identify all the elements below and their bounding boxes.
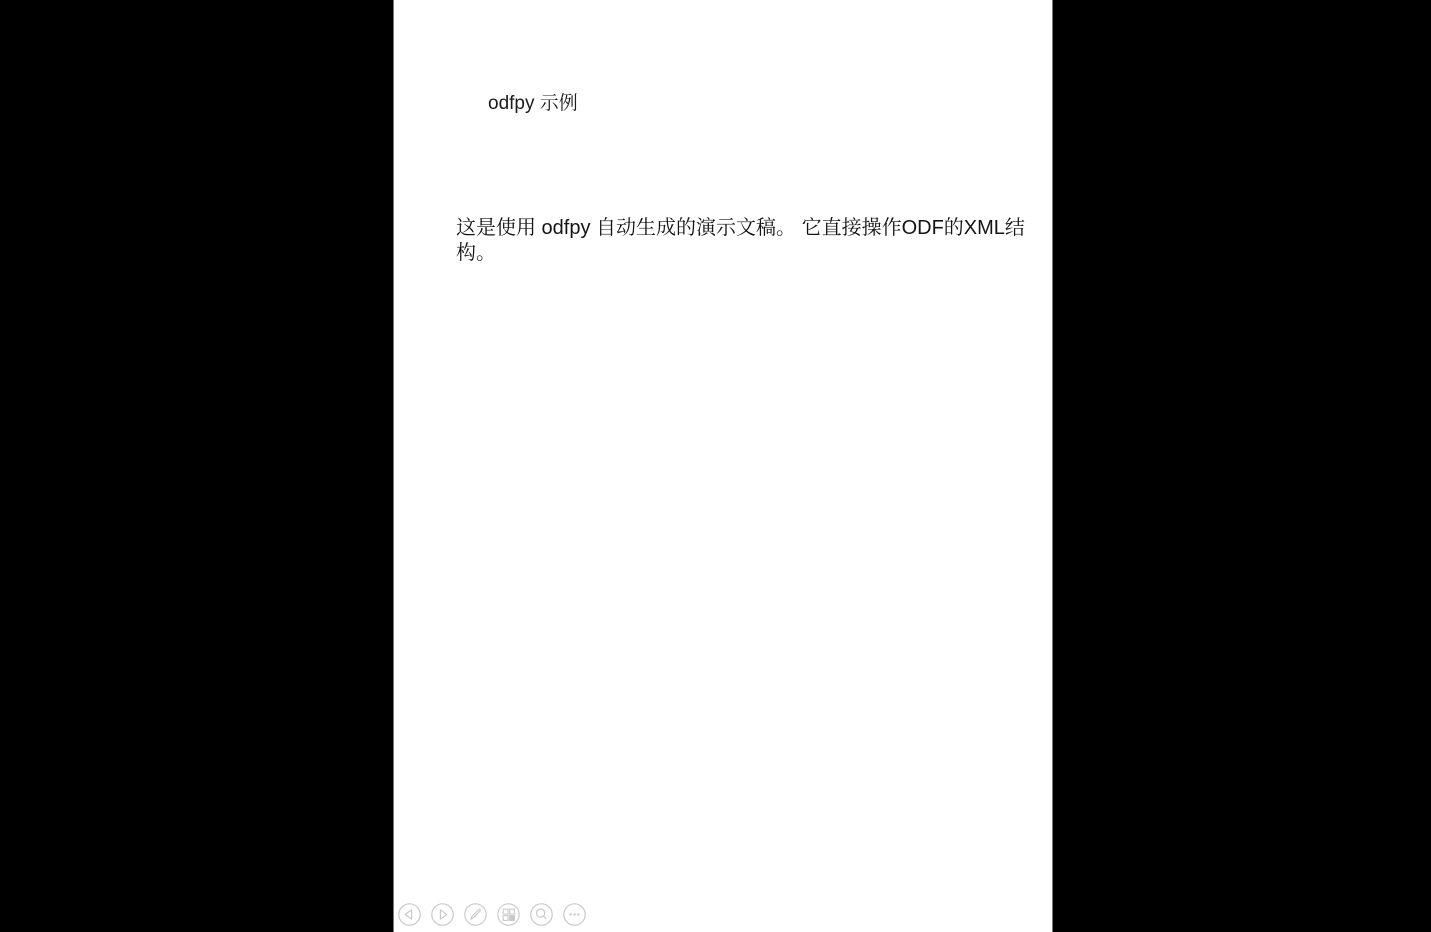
ellipsis-icon — [563, 903, 586, 926]
slide-grid-icon — [497, 903, 520, 926]
slide-body-line: 这是使用 odfpy 自动生成的演示文稿。 它直接操作ODF的XML结 — [456, 216, 1012, 241]
next-slide-button[interactable] — [431, 903, 454, 926]
pen-annotate-button[interactable] — [464, 903, 487, 926]
slide-body: 这是使用 odfpy 自动生成的演示文稿。 它直接操作ODF的XML结 构。 — [456, 216, 1012, 266]
slide-canvas[interactable]: odfpy 示例 这是使用 odfpy 自动生成的演示文稿。 它直接操作ODF的… — [393, 0, 1053, 932]
magnifier-icon — [530, 903, 553, 926]
presentation-screen: odfpy 示例 这是使用 odfpy 自动生成的演示文稿。 它直接操作ODF的… — [0, 0, 1431, 932]
more-options-button[interactable] — [563, 903, 586, 926]
previous-slide-button[interactable] — [398, 903, 421, 926]
chevron-left-icon — [398, 903, 421, 926]
zoom-slide-button[interactable] — [530, 903, 553, 926]
see-all-slides-button[interactable] — [497, 903, 520, 926]
pen-icon — [464, 903, 487, 926]
slide-body-line: 构。 — [456, 241, 1012, 266]
chevron-right-icon — [431, 903, 454, 926]
slideshow-toolbar — [398, 903, 586, 926]
slide-title: odfpy 示例 — [488, 92, 578, 116]
